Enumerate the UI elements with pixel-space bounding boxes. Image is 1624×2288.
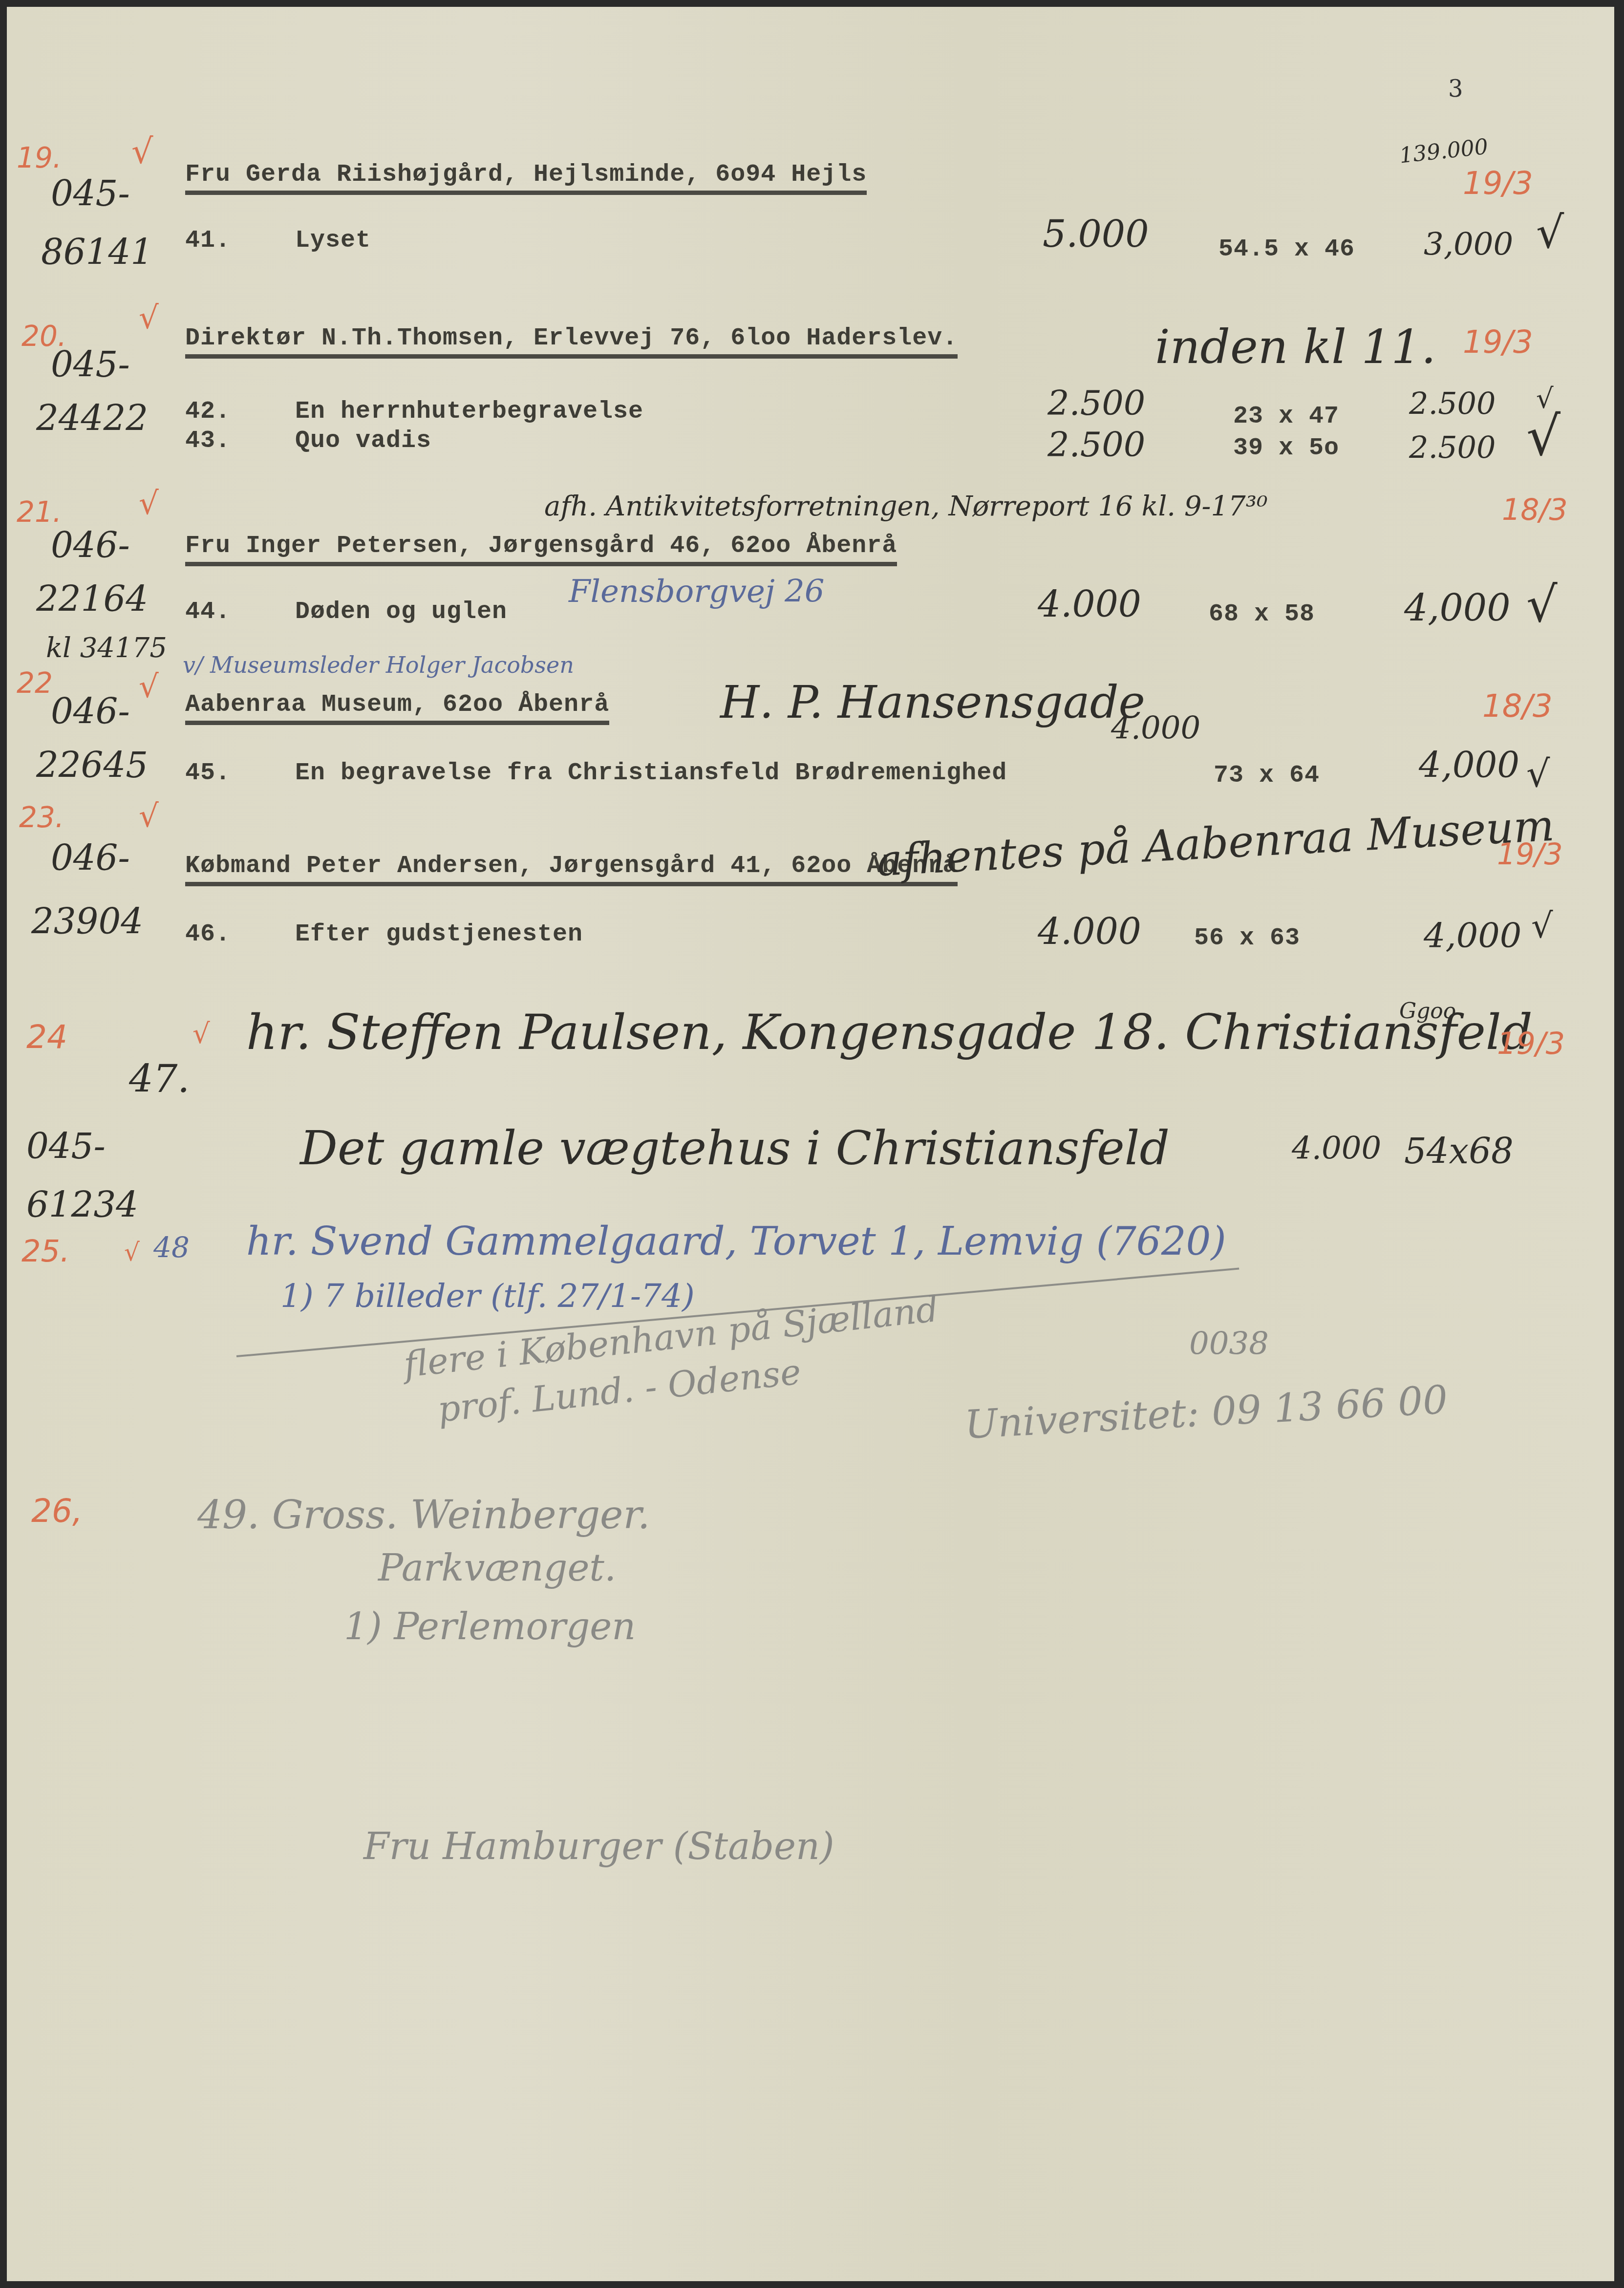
entry-23-date: 19/3 <box>1497 837 1563 872</box>
document-page: 3 139.000 19. √ 045- 86141 Fru Gerda Rii… <box>7 7 1614 2281</box>
entry-21-size: 68 x 58 <box>1209 600 1315 628</box>
entry-20-item2-title: Quo vadis <box>295 427 431 455</box>
entry-23-red-check-icon: √ <box>139 798 159 834</box>
entry-21-price-hand: 4.000 <box>1038 583 1141 625</box>
entry-19-code-b: 86141 <box>41 232 153 273</box>
entry-23-code-a: 046- <box>51 837 130 878</box>
entry-20-item1-price-hand: 2.500 <box>1047 383 1145 423</box>
entry-23-code-b: 23904 <box>31 901 143 942</box>
entry-20-red-check-icon: √ <box>139 300 159 336</box>
entry-24-tel: Ggoo <box>1399 999 1456 1024</box>
entry-22-size: 73 x 64 <box>1214 762 1320 790</box>
entry-19-size: 54.5 x 46 <box>1218 235 1355 263</box>
entry-20-item1-title: En herrnhuterbegravelse <box>295 398 643 426</box>
entry-23-check-icon: √ <box>1531 906 1553 946</box>
entry-20-item2-num: 43. <box>185 427 231 455</box>
entry-24-code-a: 045- <box>26 1126 106 1167</box>
entry-19-date: 19/3 <box>1463 166 1533 202</box>
entry-20-item2-amount: 2.500 <box>1409 429 1496 465</box>
total-note: 139.000 <box>1398 134 1489 169</box>
entry-21-amount: 4,000 <box>1404 586 1511 629</box>
entry-23-address: Købmand Peter Andersen, Jørgensgård 41, … <box>185 852 958 886</box>
entry-22-address: Aabenraa Museum, 62oo Åbenrå <box>185 691 609 725</box>
entry-20-item1-amount: 2.500 <box>1409 385 1496 421</box>
entry-21-check-icon: √ <box>1526 576 1558 633</box>
entry-20-note: inden kl 11. <box>1155 320 1436 374</box>
entry-22-price-hand: 4.000 <box>1111 710 1200 747</box>
entry-22-check-icon: √ <box>1526 752 1550 795</box>
entry-24-line: Det gamle vægtehus i Christiansfeld <box>300 1121 1170 1176</box>
entry-24-size: 54x68 <box>1404 1131 1514 1172</box>
entry-21-blue-note: Flensborgvej 26 <box>569 574 825 610</box>
entry-19-amount: 3,000 <box>1424 227 1513 263</box>
entry-19-item-num: 41. <box>185 227 231 255</box>
entry-23-red-number: 23. <box>19 801 64 834</box>
entry-24-address: hr. Steffen Paulsen, Kongensgade 18. Chr… <box>246 1004 1533 1061</box>
page-number: 3 <box>1448 75 1463 103</box>
entry-22-red-check-icon: √ <box>139 669 159 705</box>
entry-26-line-2: Parkvænget. <box>378 1546 616 1589</box>
entry-21-item-title: Døden og uglen <box>295 598 507 626</box>
entry-21-red-number: 21. <box>17 495 62 529</box>
entry-19-red-number: 19. <box>17 141 62 174</box>
entry-22-date: 18/3 <box>1482 688 1553 725</box>
entry-21-item-num: 44. <box>185 598 231 626</box>
entry-23-price-hand: 4.000 <box>1038 911 1141 953</box>
entry-23-item-num: 46. <box>185 920 231 948</box>
entry-24-price: 4.000 <box>1292 1131 1381 1167</box>
entry-21-date: 18/3 <box>1502 493 1568 527</box>
entry-20-date: 19/3 <box>1463 324 1533 361</box>
entry-21-code-a: 046- <box>51 525 130 566</box>
entry-22-amount: 4,000 <box>1419 745 1519 786</box>
entry-26-line-3: 1) Perlemorgen <box>344 1604 636 1648</box>
entry-24-num: 47. <box>129 1057 190 1101</box>
entry-22-note: H. P. Hansensgade <box>720 676 1145 728</box>
entry-25-address: hr. Svend Gammelgaard, Torvet 1, Lemvig … <box>246 1219 1226 1264</box>
entry-20-item2-price-hand: 2.500 <box>1047 425 1145 465</box>
entry-23-item-title: Efter gudstjenesten <box>295 920 583 948</box>
entry-22-blue-note: v/ Museumsleder Holger Jacobsen <box>183 652 574 678</box>
entry-21-extra-code: kl 34175 <box>46 632 167 664</box>
entry-19-item-title: Lyset <box>295 227 371 255</box>
entry-22-code-b: 22645 <box>36 745 148 786</box>
entry-25-pencil-note-4: Universitet: 09 13 66 00 <box>963 1377 1449 1448</box>
entry-25-pencil-note-3: 0038 <box>1189 1326 1269 1362</box>
entry-20-code-b: 24422 <box>36 398 148 439</box>
entry-25-red-number: 25. <box>21 1233 70 1269</box>
entry-20-address: Direktør N.Th.Thomsen, Erlevvej 76, 6loo… <box>185 324 958 359</box>
entry-21-red-check-icon: √ <box>139 486 159 522</box>
entry-25-check-icon: √ <box>124 1238 140 1266</box>
entry-19-red-check-icon: √ <box>131 131 153 171</box>
entry-19-price-hand: 5.000 <box>1043 212 1149 256</box>
entry-20-item1-num: 42. <box>185 398 231 426</box>
entry-26-red-number: 26, <box>31 1492 83 1530</box>
entry-20-item1-size: 23 x 47 <box>1233 403 1339 430</box>
footer-pencil-note: Fru Hamburger (Staben) <box>363 1824 834 1868</box>
entry-23-size: 56 x 63 <box>1194 924 1300 952</box>
entry-21-note: afh. Antikvitetsforretningen, Nørreport … <box>544 491 1268 522</box>
entry-21-address: Fru Inger Petersen, Jørgensgård 46, 62oo… <box>185 532 897 566</box>
entry-25-num: 48 <box>153 1231 190 1264</box>
entry-26-line-1: 49. Gross. Weinberger. <box>197 1492 650 1538</box>
entry-25-line: 1) 7 billeder (tlf. 27/1-74) <box>280 1277 695 1315</box>
entry-22-code-a: 046- <box>51 691 130 732</box>
entry-24-check-icon: √ <box>192 1018 210 1050</box>
entry-20-item2-size: 39 x 5o <box>1233 434 1339 462</box>
entry-24-date: 19/3 <box>1497 1026 1565 1061</box>
entry-24-code-b: 61234 <box>26 1184 138 1225</box>
entry-20-item2-check-icon: √ <box>1526 405 1560 468</box>
entry-21-code-b: 22164 <box>36 578 148 620</box>
entry-19-address: Fru Gerda Riishøjgård, Hejlsminde, 6o94 … <box>185 161 867 195</box>
entry-24-red-number: 24 <box>26 1018 67 1056</box>
entry-20-code-a: 045- <box>51 344 130 385</box>
entry-23-amount: 4,000 <box>1424 916 1521 956</box>
entry-22-item-num: 45. <box>185 759 231 787</box>
entry-22-item-title: En begravelse fra Christiansfeld Brødrem… <box>295 759 1007 787</box>
entry-19-check-icon: √ <box>1536 207 1564 258</box>
entry-19-code-a: 045- <box>51 173 130 214</box>
entry-22-red-number: 22 <box>17 666 53 700</box>
entry-23-note: afhentes på Aabenraa Museum <box>876 800 1556 886</box>
